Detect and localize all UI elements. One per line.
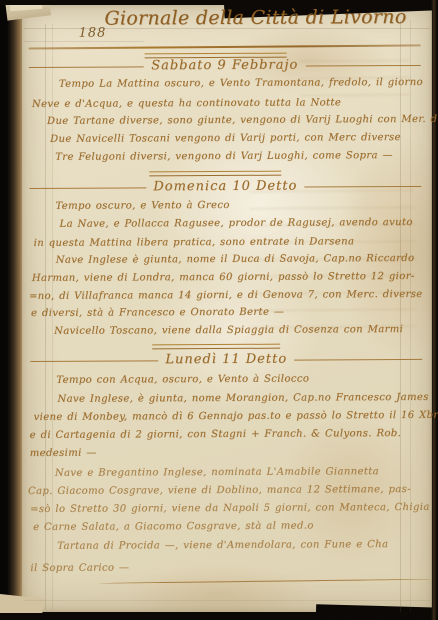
manuscript-line: Tempo oscuro, e Vento à Greco <box>55 199 229 213</box>
manuscript-line: Harman, viene di Londra, manca 60 giorni… <box>32 270 415 285</box>
section-heading-text: Lunedì 11 Detto <box>165 352 287 368</box>
manuscript-line: e Carne Salata, a Giacomo Cosgrave, stà … <box>33 520 314 534</box>
manuscript-line: Due Tartane diverse, sono giunte, vengon… <box>47 113 438 128</box>
manuscript-line: =no, di Villafranca manca 14 giorni, e d… <box>29 288 423 303</box>
section-divider <box>149 171 281 177</box>
manuscript-line: =sò lo Stretto 30 giorni, viene da Napol… <box>30 501 430 516</box>
page-number: 188 <box>79 26 107 41</box>
section-heading-text: Domenica 10 Detto <box>153 179 297 195</box>
manuscript-line: medesimi — <box>30 447 97 460</box>
manuscript-line: Tempo La Mattina oscuro, e Vento Tramont… <box>59 76 423 91</box>
manuscript-line: Tempo con Acqua, oscuro, e Vento à Scilo… <box>56 373 309 387</box>
heading-rule-right <box>305 65 420 67</box>
heading-rule-right <box>304 186 421 188</box>
section-heading-text: Sabbato 9 Febbrajo <box>151 58 298 74</box>
manuscript-line: Navicello Toscano, viene dalla Spiaggia … <box>54 323 403 338</box>
manuscript-line: Nave Inglese è giunta, nome il Duca di S… <box>56 252 415 267</box>
manuscript-photo: 188 Giornale della Città di Livorno Sabb… <box>0 0 438 620</box>
heading-rule-left <box>29 66 144 68</box>
section-heading-lunedi: Lunedì 11 Detto <box>30 352 422 369</box>
handwritten-content: 188 Giornale della Città di Livorno Sabb… <box>0 0 438 620</box>
manuscript-line: Nave Inglese, è giunta, nome Morangion, … <box>57 391 428 406</box>
manuscript-line: il Sopra Carico — <box>30 561 129 575</box>
closing-rule <box>99 579 431 584</box>
manuscript-line: Nave e Bregantino Inglese, nominata L'Am… <box>55 465 379 480</box>
manuscript-line: Tre Felugoni diversi, vengono di Varj Lu… <box>55 149 393 164</box>
heading-rule-left <box>29 187 146 189</box>
section-heading-sabbato: Sabbato 9 Febbrajo <box>29 58 421 75</box>
section-heading-domenica: Domenica 10 Detto <box>29 179 421 196</box>
manuscript-line: Tartana di Procida —, viene d'Amendolara… <box>57 538 388 553</box>
manuscript-line: e diversi, stà à Francesco e Onorato Ber… <box>31 306 284 320</box>
manuscript-line: La Nave, e Pollacca Ragusee, prodor de R… <box>60 216 413 231</box>
manuscript-line: Neve e d'Acqua, e questa ha continovato … <box>32 96 341 111</box>
heading-rule-right <box>294 359 422 361</box>
manuscript-line: e di Cartagenia di 2 giorni, con Stagni … <box>30 427 402 442</box>
heading-rule-left <box>30 360 158 362</box>
manuscript-line: viene di Monbey, mancò dì 6 Gennajo pas.… <box>34 409 438 424</box>
manuscript-line: Cap. Giacomo Cosgrave, viene di Doblino,… <box>28 483 411 498</box>
section-divider <box>152 344 280 350</box>
manuscript-line: in questa Mattina libera pratica, sono e… <box>34 235 355 250</box>
page-title: Giornale della Città di Livorno <box>104 6 406 30</box>
title-underline <box>29 44 421 49</box>
manuscript-line: Due Navicelli Toscani vengono di Varij p… <box>50 131 401 146</box>
